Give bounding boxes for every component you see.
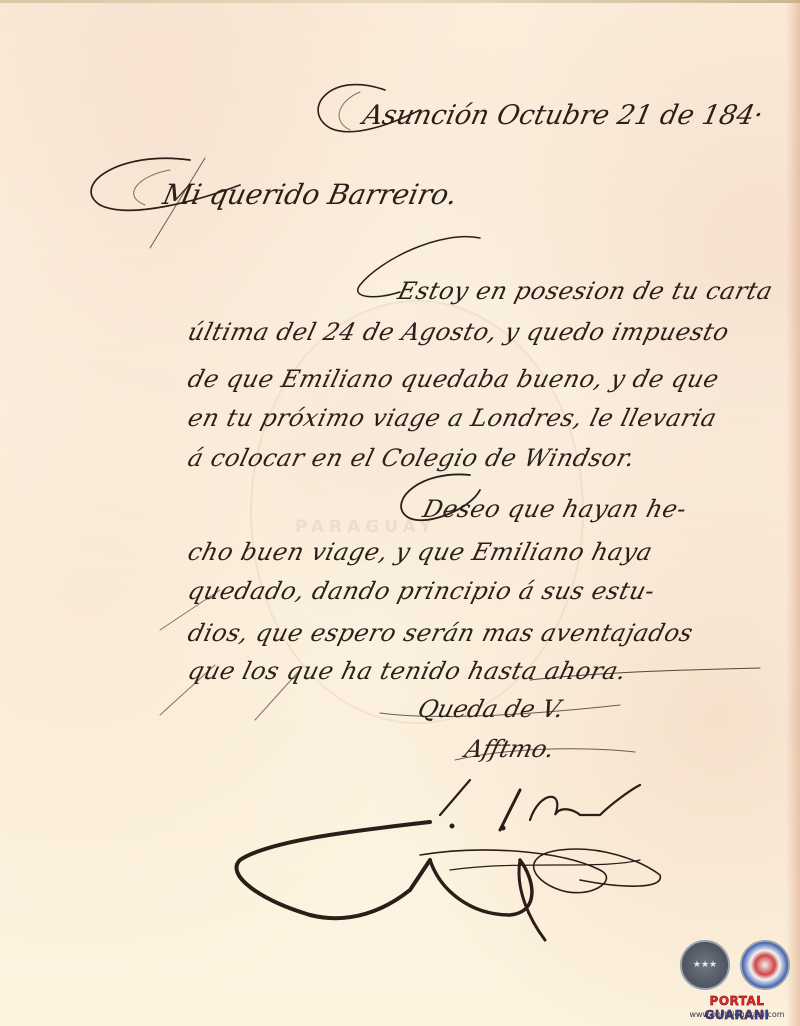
seal-stars-icon: ★★★ [680,940,730,990]
seal-map-icon [740,940,790,990]
portal-url: www.portalguarani.com [676,1010,798,1019]
signature-rubric [0,0,800,1026]
portal-guarani-logo: ★★★ PORTAL GUARANI www.portalguarani.com [676,936,798,1024]
